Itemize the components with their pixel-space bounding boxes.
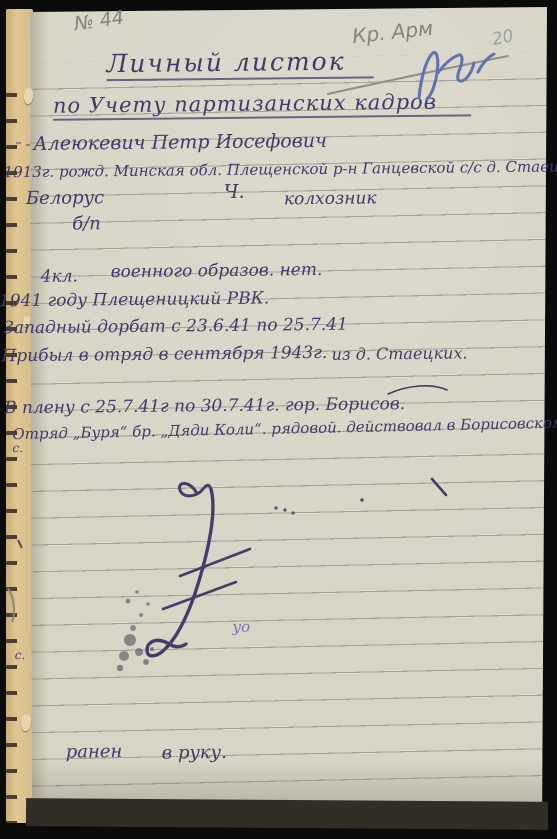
document-title: Личный листок: [106, 46, 373, 81]
document-subtitle: по Учету партизанских кадров: [53, 89, 471, 120]
field-arrival: Прибыл в отряд в сентября 1943г.: [1, 343, 327, 366]
scanned-document: № 44 Кр. Арм 20 Личный листок по Учету п…: [0, 0, 557, 839]
field-unit: Отряд „Буря“ бр. „Дяди Коли“. рядовой. д…: [12, 413, 557, 443]
field-wound-detail: в руку.: [162, 742, 227, 764]
handwriting-layer: Личный листок по Учету партизанских кадр…: [0, 0, 557, 839]
field-military-education: военного образов. нет.: [111, 260, 323, 282]
field-arrival-from: из д. Стаецких.: [331, 343, 467, 363]
field-wound: ранен: [66, 741, 123, 763]
purple-mark: уо: [232, 618, 250, 636]
field-service: Западный дорбат с 23.6.41 по 25.7.41: [3, 315, 348, 339]
field-draft: 1941 году Плещеницкий РВК.: [0, 288, 269, 311]
field-nationality: Белорус: [26, 187, 104, 209]
field-party-status: б/п: [72, 213, 101, 234]
margin-note-1: с.: [12, 441, 23, 455]
field-occupation: колхозник: [284, 188, 377, 209]
field-class-mark: Ч.: [224, 181, 245, 203]
field-education: 4кл.: [41, 266, 78, 286]
field-birth: 1913г. рожд. Минская обл. Плещенской р-н…: [4, 157, 557, 181]
margin-note-2: с.: [15, 648, 26, 662]
field-captivity: В плену с 25.7.41г по 30.7.41г. гор. Бор…: [4, 394, 405, 418]
field-name: Алеюкевич Петр Иосефович: [33, 130, 327, 155]
